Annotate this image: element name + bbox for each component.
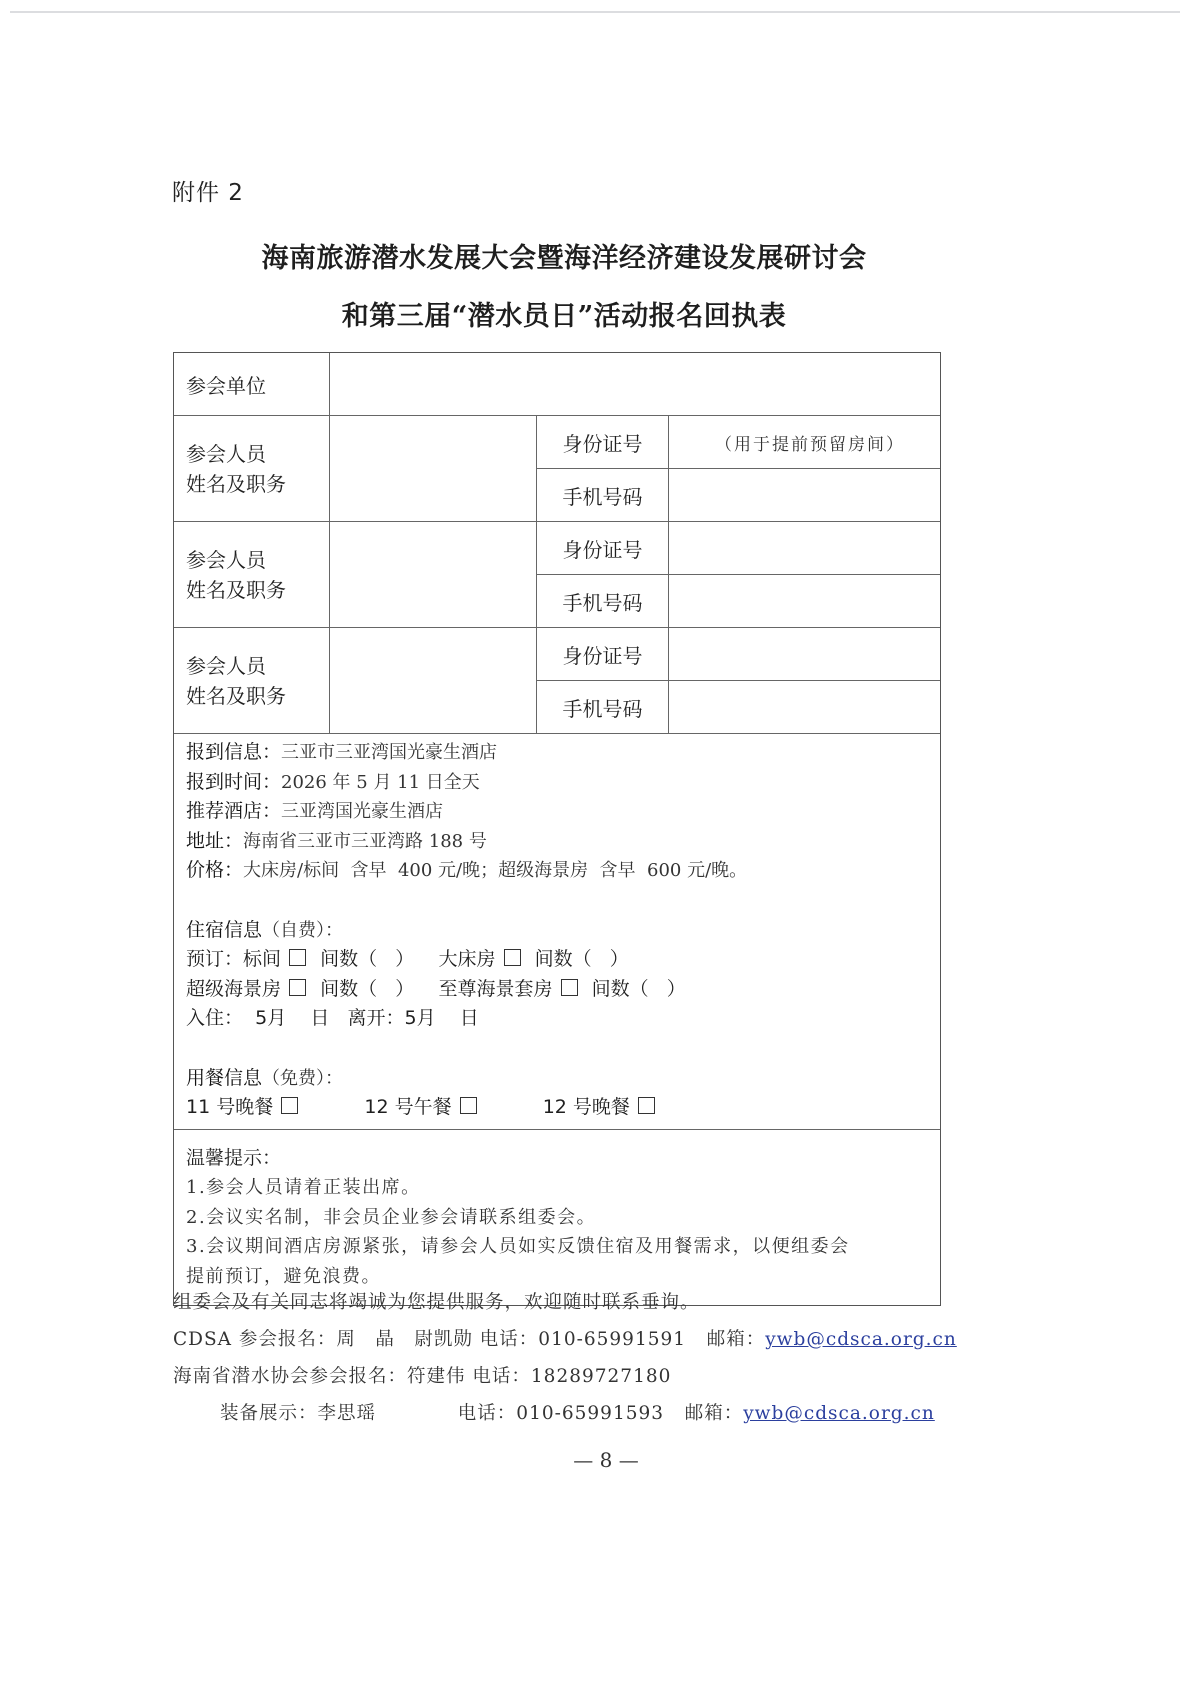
suite-room-count[interactable]: 间数（ ） xyxy=(592,978,686,1000)
tip-item: 1.参会人员请着正装出席。 xyxy=(186,1173,928,1203)
id-number-label: 身份证号 xyxy=(537,522,669,575)
hotel-value: 三亚湾国光豪生酒店 xyxy=(281,801,443,822)
meals-heading: 用餐信息（免费）： xyxy=(186,1064,928,1094)
hainan-contact-label: 海南省潜水协会参会报名：符建伟 xyxy=(173,1366,466,1387)
checkin-month: 5月 xyxy=(255,1007,286,1029)
person-name-field[interactable] xyxy=(330,628,537,734)
king-room-checkbox[interactable] xyxy=(504,949,521,966)
attendee-table: 参会单位 参会人员 姓名及职务 身份证号 （用于提前预留房间） 手机号码 参会人… xyxy=(174,353,940,734)
phone-label: 手机号码 xyxy=(537,575,669,628)
checkin-time-value: 2026 年 5 月 11 日全天 xyxy=(281,772,480,793)
lodging-row-2: 超级海景房 间数（ ） 至尊海景套房 间数（ ） xyxy=(186,975,928,1005)
stay-dates: 入住： 5月 日 离开：5月 日 xyxy=(186,1004,928,1034)
equipment-phone: 电话：010-65991593 xyxy=(458,1403,664,1424)
checkin-place: 报到信息：三亚市三亚湾国光豪生酒店 xyxy=(186,738,928,768)
person-label: 参会人员 姓名及职务 xyxy=(174,416,330,522)
person-label-line1: 参会人员 xyxy=(186,651,266,681)
meal-12-lunch-checkbox[interactable] xyxy=(460,1097,477,1114)
checkin-place-label: 报到信息： xyxy=(186,741,281,763)
tips-section: 温馨提示： 1.参会人员请着正装出席。 2.会议实名制，非会员企业参会请联系组委… xyxy=(174,1130,940,1306)
standard-room-count[interactable]: 间数（ ） xyxy=(320,948,414,970)
lodging-heading-note: （自费）： xyxy=(262,920,343,941)
checkin-time: 报到时间：2026 年 5 月 11 日全天 xyxy=(186,768,928,798)
hainan-phone: 电话：18289727180 xyxy=(472,1366,671,1387)
meal-12-dinner-checkbox[interactable] xyxy=(638,1097,655,1114)
address-label: 地址： xyxy=(186,830,243,852)
cdsa-email-label: 邮箱： xyxy=(707,1329,766,1350)
person-label: 参会人员 姓名及职务 xyxy=(174,522,330,628)
equipment-email-link[interactable]: ywb@cdsca.org.cn xyxy=(743,1403,935,1424)
king-room-label: 大床房 xyxy=(438,948,495,970)
price-value: 大床房/标间 含早 400 元/晚；超级海景房 含早 600 元/晚。 xyxy=(243,860,747,881)
phone-field[interactable] xyxy=(669,681,940,734)
scan-top-edge xyxy=(10,11,1180,13)
unit-field[interactable] xyxy=(330,353,940,416)
phone-field[interactable] xyxy=(669,575,940,628)
id-number-field[interactable] xyxy=(669,628,940,681)
checkin-day-field[interactable]: 日 xyxy=(310,1007,329,1029)
equipment-email-label: 邮箱： xyxy=(685,1403,744,1424)
tip-item-continued: 提前预订，避免浪费。 xyxy=(186,1262,928,1292)
lodging-heading: 住宿信息（自费）： xyxy=(186,916,928,946)
phone-label: 手机号码 xyxy=(537,469,669,522)
person-label-line2: 姓名及职务 xyxy=(186,681,286,711)
id-number-field[interactable] xyxy=(669,522,940,575)
tip-item: 2.会议实名制，非会员企业参会请联系组委会。 xyxy=(186,1203,928,1233)
phone-field[interactable] xyxy=(669,469,940,522)
checkin-date-label: 入住： xyxy=(186,1007,243,1029)
recommended-hotel: 推荐酒店：三亚湾国光豪生酒店 xyxy=(186,797,928,827)
meal-option-label: 12 号晚餐 xyxy=(543,1096,630,1118)
phone-label: 手机号码 xyxy=(537,681,669,734)
cdsa-contact: CDSA 参会报名：周 晶 尉凯勋 电话：010-65991591 邮箱：ywb… xyxy=(173,1325,957,1351)
person-name-field[interactable] xyxy=(330,522,537,628)
document-title-line2: 和第三届“潜水员日”活动报名回执表 xyxy=(8,294,1120,333)
meal-option-label: 12 号午餐 xyxy=(364,1096,451,1118)
suite-room-label: 至尊海景套房 xyxy=(438,978,552,1000)
annex-label: 附件 2 xyxy=(172,174,244,207)
tip-item: 3.会议期间酒店房源紧张，请参会人员如实反馈住宿及用餐需求，以便组委会 xyxy=(186,1232,928,1262)
cdsa-email-link[interactable]: ywb@cdsca.org.cn xyxy=(765,1329,957,1350)
registration-form: 参会单位 参会人员 姓名及职务 身份证号 （用于提前预留房间） 手机号码 参会人… xyxy=(173,352,941,1306)
document-title-line1: 海南旅游潜水发展大会暨海洋经济建设发展研讨会 xyxy=(8,236,1120,275)
tips-heading: 温馨提示： xyxy=(186,1144,928,1174)
room-price: 价格：大床房/标间 含早 400 元/晚；超级海景房 含早 600 元/晚。 xyxy=(186,856,928,886)
checkout-month: 5月 xyxy=(405,1007,436,1029)
hotel-address: 地址：海南省三亚市三亚湾路 188 号 xyxy=(186,827,928,857)
equipment-contact-label: 装备展示：李思瑶 xyxy=(220,1403,376,1424)
lodging-row-1: 预订：标间 间数（ ） 大床房 间数（ ） xyxy=(186,945,928,975)
id-number-field[interactable]: （用于提前预留房间） xyxy=(669,416,940,469)
person-label: 参会人员 姓名及职务 xyxy=(174,628,330,734)
person-label-line2: 姓名及职务 xyxy=(186,469,286,499)
lodging-heading-text: 住宿信息 xyxy=(186,919,262,941)
meal-11-dinner-checkbox[interactable] xyxy=(281,1097,298,1114)
suite-room-checkbox[interactable] xyxy=(561,979,578,996)
standard-room-checkbox[interactable] xyxy=(289,949,306,966)
meals-row: 11 号晚餐 12 号午餐 12 号晚餐 xyxy=(186,1093,928,1123)
person-name-field[interactable] xyxy=(330,416,537,522)
standard-room-label: 标间 xyxy=(243,948,281,970)
contact-intro: 组委会及有关同志将竭诚为您提供服务，欢迎随时联系垂询。 xyxy=(173,1288,700,1314)
checkout-day-field[interactable]: 日 xyxy=(460,1007,479,1029)
book-label: 预订： xyxy=(186,948,243,970)
equipment-contact: 装备展示：李思瑶 电话：010-65991593 邮箱：ywb@cdsca.or… xyxy=(220,1399,935,1425)
id-number-hint: （用于提前预留房间） xyxy=(669,430,905,455)
person-label-line2: 姓名及职务 xyxy=(186,575,286,605)
event-info-section: 报到信息：三亚市三亚湾国光豪生酒店 报到时间：2026 年 5 月 11 日全天… xyxy=(174,734,940,1130)
person-label-line1: 参会人员 xyxy=(186,439,266,469)
hainan-contact: 海南省潜水协会参会报名：符建伟 电话：18289727180 xyxy=(173,1362,671,1388)
person-label-line1: 参会人员 xyxy=(186,545,266,575)
address-value: 海南省三亚市三亚湾路 188 号 xyxy=(243,831,487,852)
seaview-room-checkbox[interactable] xyxy=(289,979,306,996)
seaview-room-count[interactable]: 间数（ ） xyxy=(320,978,414,1000)
id-number-label: 身份证号 xyxy=(537,416,669,469)
seaview-room-label: 超级海景房 xyxy=(186,978,281,1000)
checkin-place-value: 三亚市三亚湾国光豪生酒店 xyxy=(281,742,497,763)
id-number-label: 身份证号 xyxy=(537,628,669,681)
cdsa-contact-label: CDSA 参会报名：周 晶 尉凯勋 xyxy=(173,1329,473,1350)
king-room-count[interactable]: 间数（ ） xyxy=(535,948,629,970)
page-number: — 8 — xyxy=(0,1448,1192,1472)
meals-heading-text: 用餐信息 xyxy=(186,1067,262,1089)
meal-option-label: 11 号晚餐 xyxy=(186,1096,273,1118)
price-label: 价格： xyxy=(186,859,243,881)
meals-heading-note: （免费）： xyxy=(262,1068,343,1089)
unit-label: 参会单位 xyxy=(174,353,330,416)
checkin-time-label: 报到时间： xyxy=(186,771,281,793)
hotel-label: 推荐酒店： xyxy=(186,800,281,822)
checkout-date-label: 离开： xyxy=(348,1007,405,1029)
cdsa-phone: 电话：010-65991591 xyxy=(480,1329,686,1350)
